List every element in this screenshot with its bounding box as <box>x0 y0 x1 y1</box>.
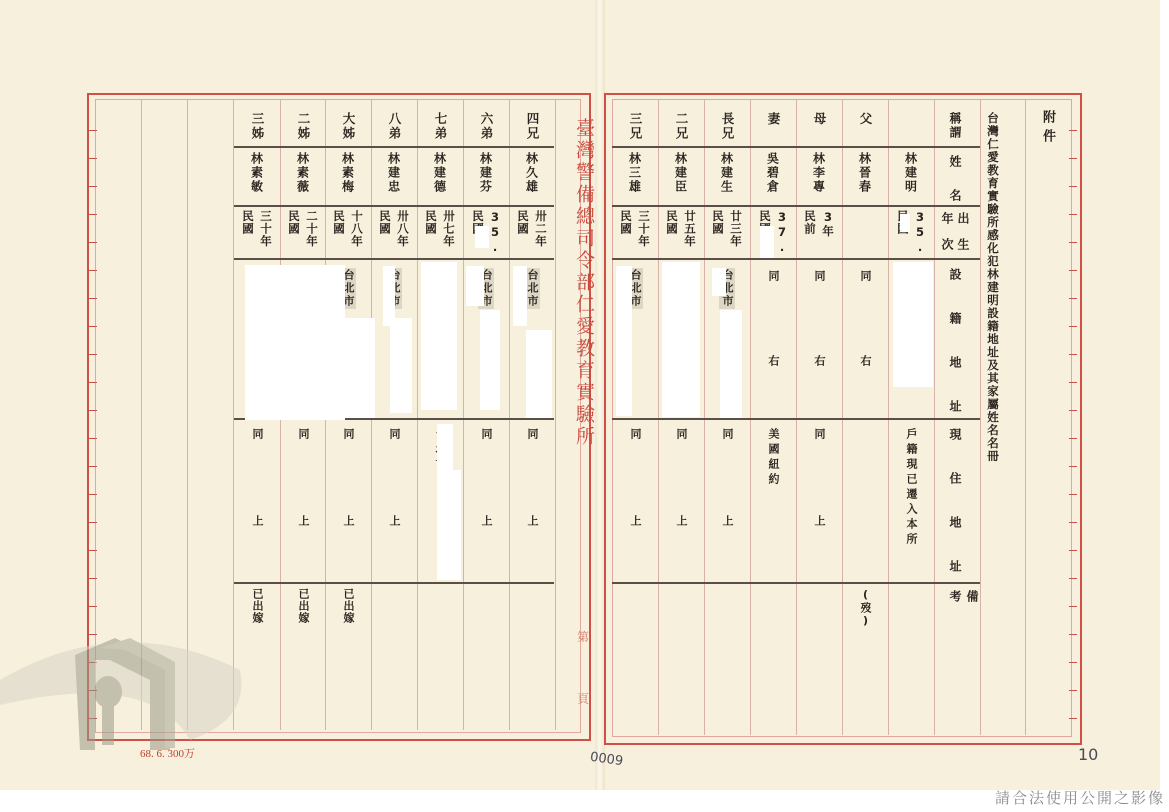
birth-year-part: 卅七年 <box>441 210 457 248</box>
name-cell: 林建芬 <box>478 152 495 194</box>
relation-cell: 父 <box>856 112 874 127</box>
redaction-block <box>466 266 484 306</box>
cell: 上 <box>463 515 509 528</box>
cell: 已出嫁 <box>280 588 326 624</box>
header-relation: 稱謂 <box>947 112 964 140</box>
cell: 同 <box>796 428 842 441</box>
cell: 同 <box>658 428 704 441</box>
margin-tick <box>1069 662 1077 663</box>
cell: 母 <box>796 112 842 127</box>
redaction-block <box>720 310 742 418</box>
relation-cell: 七弟 <box>431 112 449 141</box>
margin-tick <box>1069 298 1077 299</box>
current-address-cell: 上 <box>295 515 311 528</box>
cell: 上 <box>796 515 842 528</box>
relation-cell: 長兄 <box>718 112 736 141</box>
usage-watermark: 請合法使用公開之影像 <box>995 787 1165 808</box>
margin-tick <box>1069 186 1077 187</box>
margin-tick <box>89 186 97 187</box>
cell: 六弟 <box>463 112 509 141</box>
cell: 同 <box>612 428 658 441</box>
birth-year-part: 民國 <box>423 210 439 248</box>
cell: 林久雄 <box>509 152 555 194</box>
birth-year-part: 廿五年 <box>682 210 698 248</box>
cell: 四兄 <box>509 112 555 141</box>
cell: 林建德 <box>417 152 463 194</box>
cell: 已出嫁 <box>325 588 371 624</box>
margin-tick <box>1069 214 1077 215</box>
register-row: 妻吳碧倉37.民國同右美國紐約 <box>750 100 796 730</box>
margin-tick <box>89 158 97 159</box>
margin-tick <box>89 354 97 355</box>
current-address-cell: 上 <box>478 515 494 528</box>
cell: 三姊 <box>234 112 280 141</box>
cell: 林晉春 <box>842 152 888 194</box>
current-address-cell: 同 <box>340 428 356 441</box>
cell: 林建芬 <box>463 152 509 194</box>
register-row: 林建明35.民國戶籍現已遷入本所 <box>888 100 934 730</box>
birth-year-part: 37. <box>775 210 789 255</box>
cell: 廿三年民國 <box>704 210 750 248</box>
register-row: 七弟林建德卅七年民國台北市 <box>417 100 463 730</box>
cell: 上 <box>704 515 750 528</box>
cell: 卅七年民國 <box>417 210 463 248</box>
birth-year-part: 民國 <box>618 210 634 248</box>
register-row: 母林李專3年民前同右同上 <box>796 100 842 730</box>
current-address-cell: 同 <box>386 428 402 441</box>
margin-tick <box>1069 522 1077 523</box>
cell: 三十年民國 <box>234 210 280 248</box>
header-birth-bottom: 年次 <box>939 212 956 264</box>
name-cell: 林素梅 <box>340 152 357 194</box>
registered-address-cell: 同 <box>857 270 873 283</box>
redaction-block <box>662 262 700 417</box>
redaction-block <box>893 262 933 387</box>
relation-cell: 三兄 <box>626 112 644 141</box>
current-address-cell: 同 <box>719 428 735 441</box>
margin-tick <box>1069 466 1077 467</box>
margin-tick <box>89 130 97 131</box>
name-cell: 吳碧倉 <box>765 152 782 194</box>
cell: 三十年民國 <box>612 210 658 248</box>
redaction-block <box>245 265 345 420</box>
margin-tick <box>89 270 97 271</box>
margin-tick <box>89 578 97 579</box>
name-cell: 林素敏 <box>249 152 266 194</box>
margin-tick <box>89 326 97 327</box>
name-cell: 林建德 <box>432 152 449 194</box>
current-address-cell: 上 <box>811 515 827 528</box>
birth-year-cell: 卅八年民國 <box>377 210 411 248</box>
cell: 吳碧倉 <box>750 152 796 194</box>
margin-tick <box>1069 494 1077 495</box>
birth-year-part: 民國 <box>331 210 347 248</box>
cell: 卅八年民國 <box>371 210 417 248</box>
birth-year-part: 民國 <box>664 210 680 248</box>
birth-year-part: 民前 <box>802 210 818 238</box>
cell: 三兄 <box>612 112 658 141</box>
margin-tick <box>89 550 97 551</box>
registered-address-cell: 同 <box>811 270 827 283</box>
page-marker-bottom: 頁 <box>577 690 589 707</box>
name-cell: 林建生 <box>719 152 736 194</box>
current-address-cell: 上 <box>673 515 689 528</box>
margin-tick <box>1069 326 1077 327</box>
birth-year-cell: 廿五年民國 <box>664 210 698 248</box>
relation-cell: 大姊 <box>339 112 357 141</box>
remarks-cell: (歿) <box>857 588 873 628</box>
margin-tick <box>1069 718 1077 719</box>
cell: 父 <box>842 112 888 127</box>
margin-tick <box>1069 158 1077 159</box>
redaction-block <box>616 266 632 416</box>
birth-year-part: 35. <box>488 210 502 255</box>
margin-tick <box>89 606 97 607</box>
birth-year-part: 民國 <box>377 210 393 248</box>
margin-tick <box>1069 354 1077 355</box>
remarks-cell: 已出嫁 <box>295 588 311 624</box>
header-registered-address: 設籍地址 <box>947 268 964 444</box>
redaction-block <box>900 214 910 232</box>
current-address-cell: 同 <box>627 428 643 441</box>
cell: 戶籍現已遷入本所 <box>888 428 934 548</box>
cell: 3年民前 <box>796 210 842 238</box>
birth-year-part: 三十年 <box>258 210 274 248</box>
cell: 林三雄 <box>612 152 658 194</box>
header-remarks: 備考 <box>947 590 981 790</box>
name-cell: 林建臣 <box>673 152 690 194</box>
cell: 同 <box>280 428 326 441</box>
registered-address-cell: 同 <box>765 270 781 283</box>
current-address-cell: 美國紐約 <box>765 428 781 488</box>
margin-tick <box>1069 438 1077 439</box>
cell: 台北市 <box>704 268 750 309</box>
birth-year-part: 35. <box>913 210 927 255</box>
margin-tick <box>1069 130 1077 131</box>
redaction-block <box>437 470 461 580</box>
registered-address-cell: 右 <box>811 355 827 368</box>
header-current-address: 現住地址 <box>947 428 964 604</box>
archive-logo-icon <box>0 610 260 760</box>
cell: 美國紐約 <box>750 428 796 488</box>
redaction-block <box>712 268 726 296</box>
relation-cell: 二兄 <box>672 112 690 141</box>
margin-tick <box>89 522 97 523</box>
name-cell: 林李專 <box>811 152 828 194</box>
birth-year-part: 卅二年 <box>533 210 549 248</box>
redaction-block <box>345 318 375 418</box>
cell: 廿五年民國 <box>658 210 704 248</box>
margin-tick <box>1069 270 1077 271</box>
birth-year-cell: 廿三年民國 <box>710 210 744 248</box>
relation-cell: 六弟 <box>477 112 495 141</box>
margin-tick <box>1069 382 1077 383</box>
margin-tick <box>89 242 97 243</box>
current-address-cell: 上 <box>627 515 643 528</box>
cell: 林李專 <box>796 152 842 194</box>
current-address-cell: 上 <box>249 515 265 528</box>
cell: 上 <box>658 515 704 528</box>
cell: 同 <box>371 428 417 441</box>
birth-year-cell: 二十年民國 <box>286 210 320 248</box>
cell: 卅二年民國 <box>509 210 555 248</box>
current-address-cell: 同 <box>249 428 265 441</box>
cell: 同 <box>842 270 888 283</box>
cell: 林素薇 <box>280 152 326 194</box>
relation-cell: 母 <box>810 112 828 127</box>
handwritten-page-number: 10 <box>1078 745 1098 764</box>
cell: 七弟 <box>417 112 463 141</box>
birth-year-part: 民國 <box>240 210 256 248</box>
name-cell: 林建忠 <box>386 152 403 194</box>
cell: 上 <box>280 515 326 528</box>
column-rule <box>1025 100 1026 735</box>
redaction-block <box>421 262 457 410</box>
scanned-document: 臺灣警備總司令部仁愛教育實驗所 第 頁 附件 台灣仁愛教育實驗所感化犯林建明設籍… <box>0 0 1160 790</box>
cell: 十八年民國 <box>325 210 371 248</box>
margin-tick <box>89 494 97 495</box>
redaction-block <box>526 330 552 418</box>
name-cell: 林晉春 <box>857 152 874 194</box>
margin-tick <box>89 410 97 411</box>
cell: 林素梅 <box>325 152 371 194</box>
birth-year-part: 民國 <box>515 210 531 248</box>
relation-cell: 三姊 <box>248 112 266 141</box>
cell: 同 <box>509 428 555 441</box>
current-address-cell: 上 <box>524 515 540 528</box>
birth-year-part: 卅八年 <box>395 210 411 248</box>
cell: 同 <box>704 428 750 441</box>
cell: 林建生 <box>704 152 750 194</box>
birth-year-cell: 三十年民國 <box>240 210 274 248</box>
birth-year-cell: 卅二年民國 <box>515 210 549 248</box>
cell: 同 <box>325 428 371 441</box>
cell: 同 <box>750 270 796 283</box>
cell: 右 <box>842 355 888 368</box>
cell: 上 <box>509 515 555 528</box>
margin-tick <box>1069 606 1077 607</box>
page-marker-top: 第 <box>577 628 589 645</box>
current-address-cell: 同 <box>673 428 689 441</box>
attachment-label: 附件 <box>1038 110 1057 148</box>
name-cell: 林久雄 <box>524 152 541 194</box>
margin-tick <box>1069 578 1077 579</box>
name-cell: 林建明 <box>903 152 920 194</box>
margin-tick <box>89 438 97 439</box>
margin-tick <box>1069 690 1077 691</box>
birth-year-part: 三十年 <box>636 210 652 248</box>
register-row: 父林晉春同右(歿) <box>842 100 888 730</box>
birth-year-part: 民國 <box>286 210 302 248</box>
current-address-cell: 同 <box>811 428 827 441</box>
birth-year-part: 廿三年 <box>728 210 744 248</box>
birth-year-cell: 卅七年民國 <box>423 210 457 248</box>
cell: 同 <box>234 428 280 441</box>
redaction-block <box>475 226 489 248</box>
cell: 同 <box>796 270 842 283</box>
birth-year-cell: 十八年民國 <box>331 210 365 248</box>
cell: 妻 <box>750 112 796 127</box>
margin-tick <box>89 382 97 383</box>
cell: 大姊 <box>325 112 371 141</box>
birth-year-part: 民國 <box>710 210 726 248</box>
current-address-cell: 同 <box>295 428 311 441</box>
cell: 二十年民國 <box>280 210 326 248</box>
register-row: 六弟林建芬35.民國台北市同上 <box>463 100 509 730</box>
cell: 二兄 <box>658 112 704 141</box>
cell: 長兄 <box>704 112 750 141</box>
margin-tick <box>1069 242 1077 243</box>
relation-cell: 四兄 <box>523 112 541 141</box>
cell: (歿) <box>842 588 888 628</box>
margin-tick <box>89 466 97 467</box>
cell: 上 <box>612 515 658 528</box>
birth-year-cell: 三十年民國 <box>618 210 652 248</box>
redaction-block <box>760 226 774 258</box>
current-address-cell: 上 <box>386 515 402 528</box>
current-address-cell: 同 <box>478 428 494 441</box>
current-address-cell: 同 <box>524 428 540 441</box>
relation-cell: 妻 <box>764 112 782 127</box>
cell: 林建明 <box>888 152 934 194</box>
name-cell: 林素薇 <box>295 152 312 194</box>
document-title: 台灣仁愛教育實驗所感化犯林建明設籍地址及其家屬姓名名冊 <box>985 112 1001 463</box>
cell: 右 <box>750 355 796 368</box>
redaction-block <box>480 310 500 410</box>
register-row: 八弟林建忠卅八年民國台北市同上 <box>371 100 417 730</box>
birth-year-part: 十八年 <box>349 210 365 248</box>
cell: 八弟 <box>371 112 417 141</box>
current-address-cell: 戶籍現已遷入本所 <box>903 428 919 548</box>
margin-tick <box>1069 550 1077 551</box>
cell: 二姊 <box>280 112 326 141</box>
cell: 林建忠 <box>371 152 417 194</box>
redaction-block <box>383 266 395 326</box>
registered-address-cell: 右 <box>765 355 781 368</box>
cell: 上 <box>371 515 417 528</box>
cell: 右 <box>796 355 842 368</box>
margin-tick <box>89 298 97 299</box>
current-address-cell: 上 <box>340 515 356 528</box>
redaction-block <box>437 424 453 476</box>
redaction-block <box>513 266 527 326</box>
header-birth-top: 出生 <box>955 212 972 264</box>
margin-tick <box>89 214 97 215</box>
cell: 林建臣 <box>658 152 704 194</box>
relation-cell: 八弟 <box>385 112 403 141</box>
cell: 上 <box>234 515 280 528</box>
cell: 35.民國 <box>888 210 934 255</box>
remarks-cell: 已出嫁 <box>340 588 356 624</box>
redaction-block <box>390 318 412 413</box>
margin-tick <box>1069 410 1077 411</box>
cell: 同 <box>463 428 509 441</box>
birth-year-cell: 3年民前 <box>802 210 836 238</box>
registered-address-cell: 右 <box>857 355 873 368</box>
relation-cell: 二姊 <box>294 112 312 141</box>
name-cell: 林三雄 <box>627 152 644 194</box>
current-address-cell: 上 <box>719 515 735 528</box>
birth-year-part: 3年 <box>820 210 836 238</box>
cell: 林素敏 <box>234 152 280 194</box>
margin-tick <box>1069 634 1077 635</box>
printed-institution-header: 臺灣警備總司令部仁愛教育實驗所 <box>558 118 598 448</box>
column-rule <box>555 100 556 730</box>
birth-year-part: 二十年 <box>304 210 320 248</box>
cell: 上 <box>325 515 371 528</box>
